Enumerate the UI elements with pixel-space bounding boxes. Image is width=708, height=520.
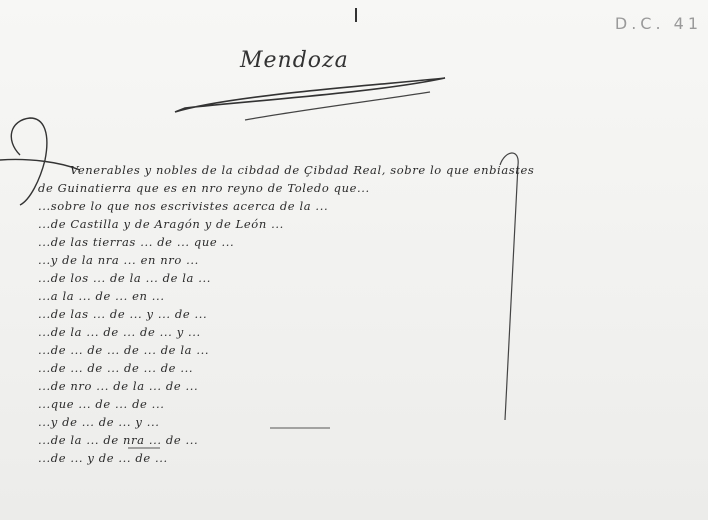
text-line: ...de ... de ... de ... de la ... xyxy=(38,343,688,357)
text-line: ...sobre lo que nos escrivistes acerca d… xyxy=(38,199,688,213)
archive-reference: D.C. 41 xyxy=(615,14,702,33)
text-line: ...a la ... de ... en ... xyxy=(38,289,688,303)
text-line: ...y de ... de ... y ... xyxy=(38,415,678,429)
text-line: de Guinatierra que es en nro reyno de To… xyxy=(38,181,688,195)
text-line: ...de ... y de ... de ... xyxy=(38,451,558,465)
text-line: ...que ... de ... de ... xyxy=(38,397,688,411)
text-line: ...de las tierras ... de ... que ... xyxy=(38,235,688,249)
text-line: ...de la ... de ... de ... y ... xyxy=(38,325,688,339)
text-line: Venerables y nobles de la cibdad de Çibd… xyxy=(70,163,690,177)
text-line: ...y de la nra ... en nro ... xyxy=(38,253,688,267)
text-line: ...de las ... de ... y ... de ... xyxy=(38,307,688,321)
text-line: ...de Castilla y de Aragón y de León ... xyxy=(38,217,688,231)
signature: Mendoza xyxy=(240,48,349,73)
text-line: ...de nro ... de la ... de ... xyxy=(38,379,688,393)
text-line: ...de los ... de la ... de la ... xyxy=(38,271,688,285)
text-line: ...de la ... de nra ... de ... xyxy=(38,433,598,447)
text-line: ...de ... de ... de ... de ... xyxy=(38,361,688,375)
manuscript-page: D.C. 41 Mendoza Venerables y nobles de l… xyxy=(0,0,708,520)
